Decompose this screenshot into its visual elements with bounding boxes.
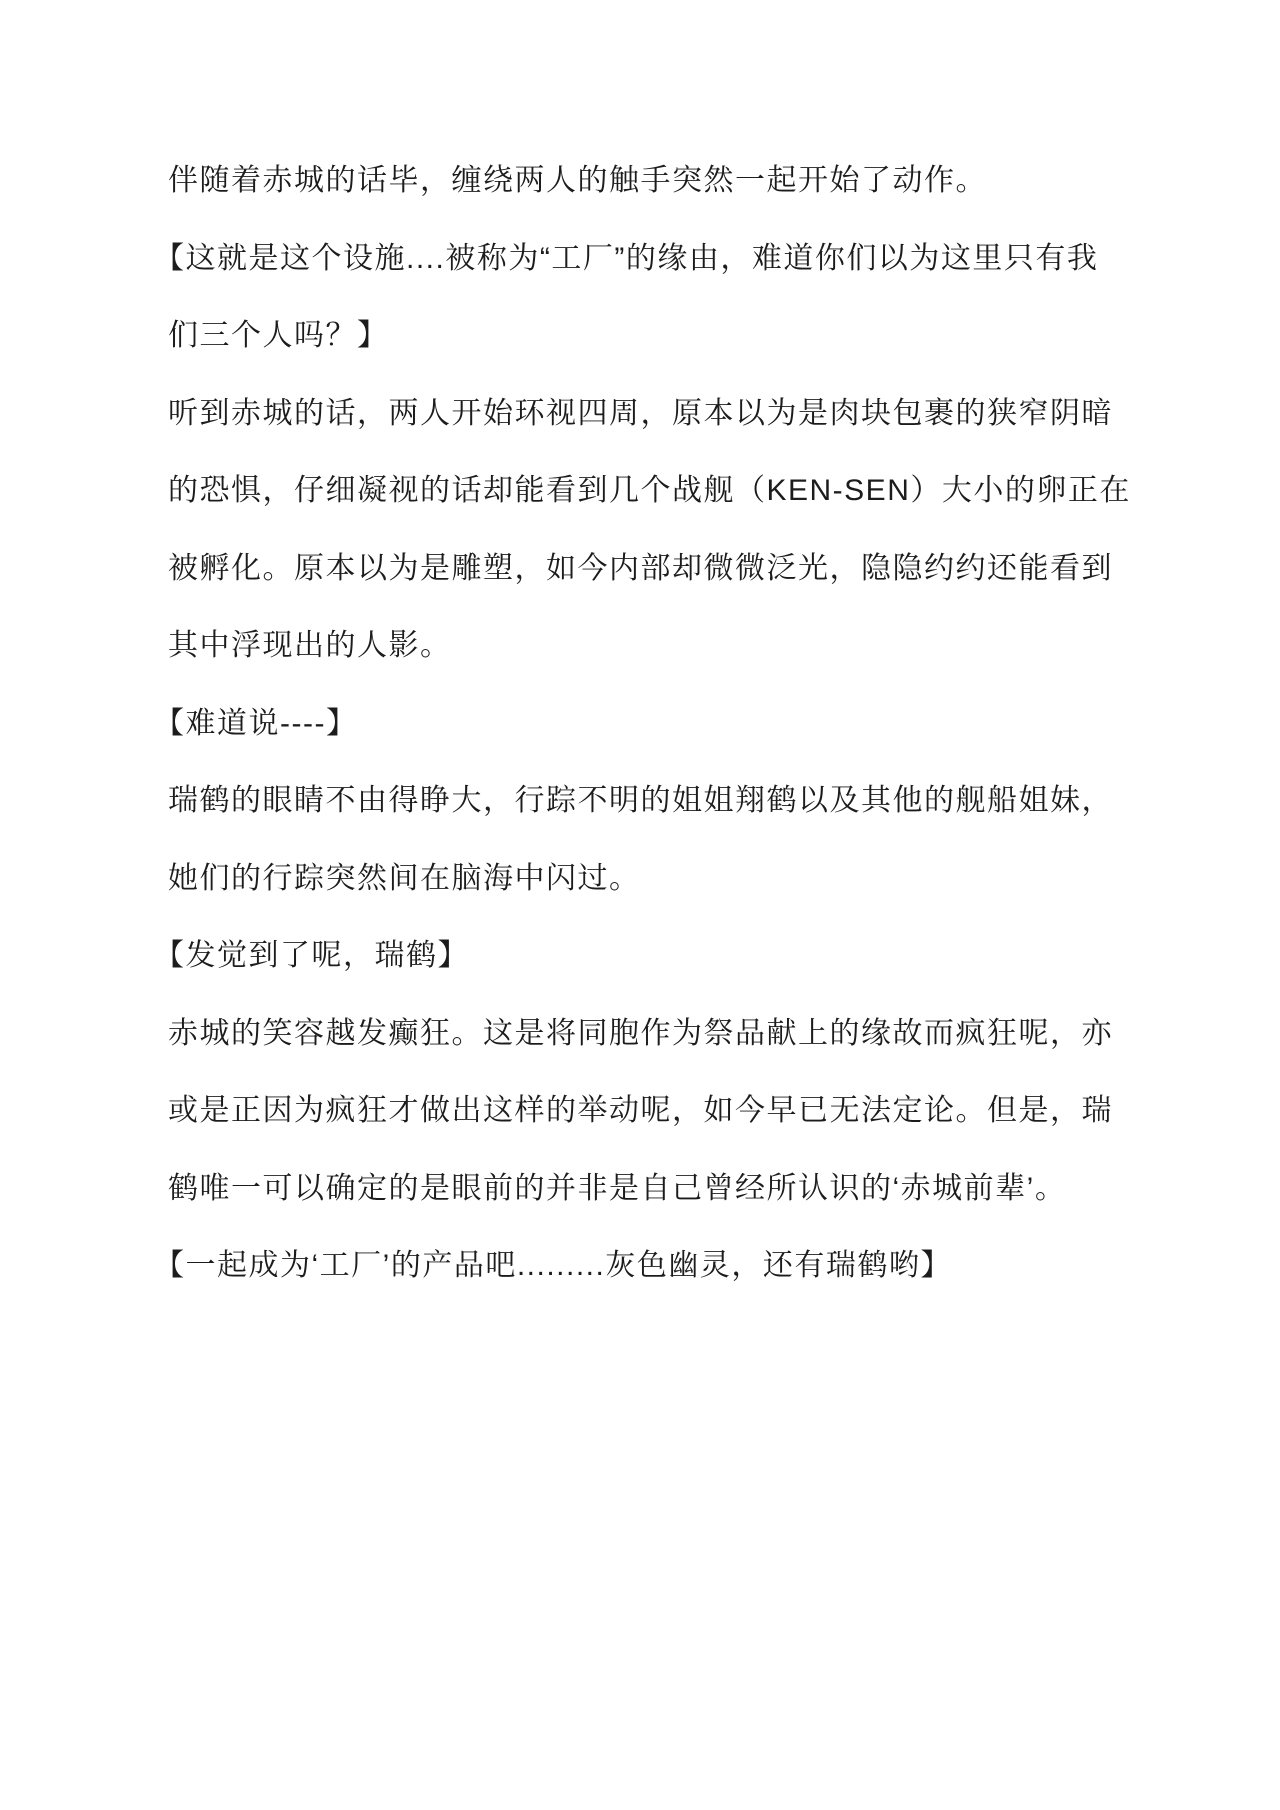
text-line-dialogue: 【发觉到了呢，瑞鹤】	[154, 917, 1143, 995]
text-line: 或是正因为疯狂才做出这样的举动呢，如今早已无法定论。但是，瑞	[168, 1072, 1143, 1150]
text-line: 的恐惧，仔细凝视的话却能看到几个战舰（KEN-SEN）大小的卵正在	[168, 452, 1143, 530]
text-line: 赤城的笑容越发癫狂。这是将同胞作为祭品献上的缘故而疯狂呢，亦	[168, 995, 1143, 1073]
document-page: 伴随着赤城的话毕，缠绕两人的触手突然一起开始了动作。 【这就是这个设施....被…	[0, 0, 1280, 1810]
text-line: 听到赤城的话，两人开始环视四周，原本以为是肉块包裹的狭窄阴暗	[168, 375, 1143, 453]
text-line: 其中浮现出的人影。	[168, 607, 1143, 685]
text-line: 被孵化。原本以为是雕塑，如今内部却微微泛光，隐隐约约还能看到	[168, 530, 1143, 608]
text-line: 伴随着赤城的话毕，缠绕两人的触手突然一起开始了动作。	[168, 142, 1143, 220]
text-block: 伴随着赤城的话毕，缠绕两人的触手突然一起开始了动作。 【这就是这个设施....被…	[168, 142, 1143, 1305]
text-line: 瑞鹤的眼睛不由得睁大，行踪不明的姐姐翔鹤以及其他的舰船姐妹，	[168, 762, 1143, 840]
text-line-dialogue: 【这就是这个设施....被称为“工厂”的缘由，难道你们以为这里只有我	[154, 220, 1143, 298]
text-line: 们三个人吗？】	[168, 297, 1143, 375]
text-line: 鹤唯一可以确定的是眼前的并非是自己曾经所认识的‘赤城前辈’。	[168, 1150, 1143, 1228]
text-line: 她们的行踪突然间在脑海中闪过。	[168, 840, 1143, 918]
text-line-dialogue: 【难道说----】	[154, 685, 1143, 763]
text-line-dialogue: 【一起成为‘工厂’的产品吧.........灰色幽灵，还有瑞鹤哟】	[154, 1227, 1143, 1305]
